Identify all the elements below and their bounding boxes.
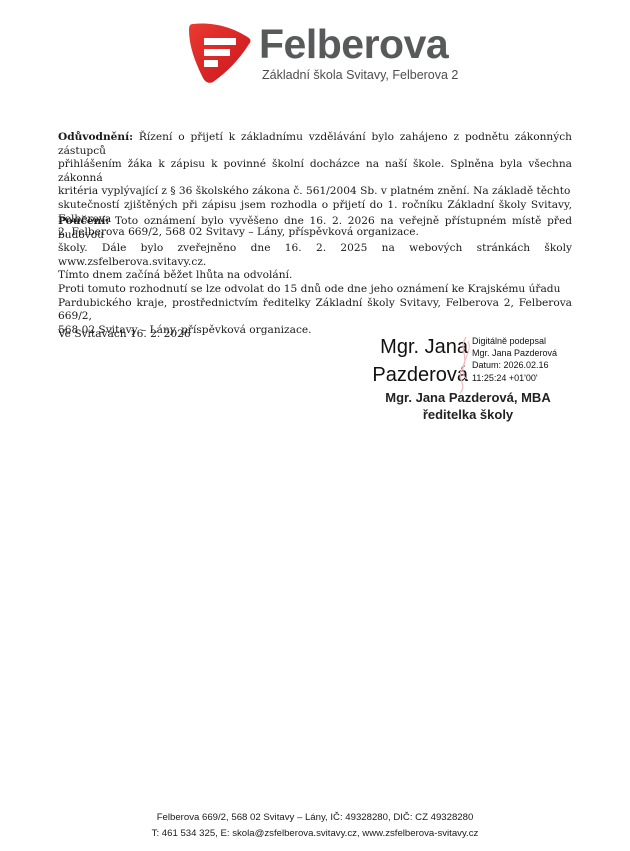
instruction-text: Pardubického kraje, prostřednictvím ředi… [58,297,572,324]
instruction-text: školy. Dále bylo zveřejněno dne 16. 2. 2… [58,242,572,269]
instruction-text: Toto oznámení bylo vyvěšeno dne 16. 2. 2… [58,215,572,241]
instruction-paragraph: Poučení: Toto oznámení bylo vyvěšeno dne… [58,215,572,337]
instruction-text: Proti tomuto rozhodnutí se lze odvolat d… [58,283,572,297]
instruction-label: Poučení: [58,215,109,227]
felberova-f-shield-icon [187,22,253,84]
signature-details: Digitálně podepsal Mgr. Jana Pazderová D… [472,335,557,384]
school-subtitle: Základní škola Svitavy, Felberova 2 [262,68,458,82]
signer-full-name: Mgr. Jana Pazderová, MBA [360,390,576,406]
reasoning-label: Odůvodnění: [58,131,133,143]
footer-address: Felberova 669/2, 568 02 Svitavy – Lány, … [0,812,630,823]
footer-contact: T: 461 534 325, E: skola@zsfelberova.svi… [0,828,630,839]
reasoning-text: Řízení o přijetí k základnímu vzdělávání… [58,131,572,157]
school-logo: Felberova Základní škola Svitavy, Felber… [187,22,457,84]
place-and-date: Ve Svitavách 16. 2. 2026 [58,328,191,340]
reasoning-text: kritéria vyplývající z § 36 školského zá… [58,185,572,199]
instruction-text: Tímto dnem začíná běžet lhůta na odvolán… [58,269,572,283]
reasoning-text: přihlášením žáka k zápisu k povinné škol… [58,158,572,185]
signer-role: ředitelka školy [360,407,576,423]
brand-name: Felberova [259,22,448,66]
digital-signature[interactable]: Mgr. Jana Pazderová Digitálně podepsal M… [360,333,580,428]
